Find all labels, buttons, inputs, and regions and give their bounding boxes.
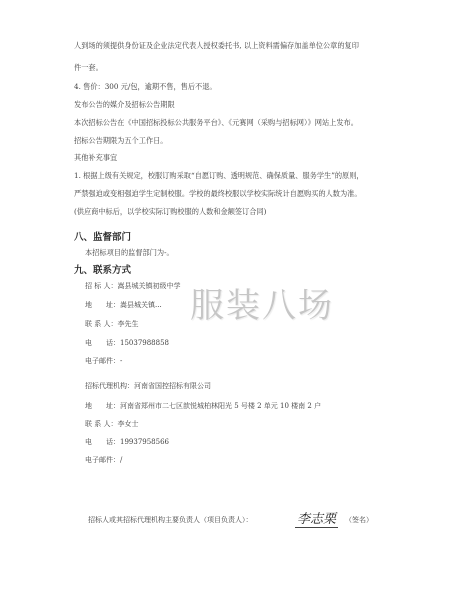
contact-row-agency: 招标代理机构：河南省国控招标有限公司 [85, 381, 211, 391]
section-heading-supervision: 八、监督部门 [74, 229, 131, 243]
contact-row-email: 电子邮件：- [85, 356, 122, 366]
contact-row-person: 联 系 人：李先生 [85, 319, 138, 329]
subsection-title: 其他补充事宜 [74, 153, 117, 162]
paragraph-line: 严禁强迫或变相强迫学生定制校服。学校的最终校服以学校实际统计自愿购买的人数为准。 [74, 189, 362, 198]
contact-row-agency-person: 联 系 人：李女士 [85, 419, 138, 429]
subsection-title: 发布公告的媒介及招标公告期限 [74, 100, 175, 109]
paragraph-line: (供应商中标后，以学校实际订购校服的人数和金额签订合同) [74, 207, 267, 216]
watermark: 服装八场 [190, 278, 334, 327]
signature-line-suffix: （签名） [345, 515, 373, 525]
paragraph-line: 件一套。 [74, 63, 103, 72]
paragraph-line: 招标公告期限为五个工作日。 [74, 136, 167, 145]
handwritten-signature: 李志栗 [295, 508, 338, 528]
paragraph-line: 本次招标公告在《中国招标投标公共服务平台》、《元赛网（采购与招标网）》网站上发布… [74, 118, 358, 127]
contact-row-tenderer: 招 标 人：嵩县城关镇初级中学 [85, 281, 180, 291]
signature-line-prefix: 招标人或其招标代理机构主要负责人（项目负责人）： [88, 515, 253, 525]
contact-row-agency-phone: 电 话：19937958566 [85, 437, 169, 447]
contact-row-agency-address: 地 址：河南省郑州市二七区歆悦城柏林阳光 5 号楼 2 单元 10 楼南 2 户 [85, 401, 321, 411]
paragraph-line: 1. 根据上级有关规定，校服订购采取“自愿订购、透明规范、确保质量、服务学生”的… [74, 171, 364, 180]
contact-row-agency-email: 电子邮件：/ [85, 455, 122, 465]
supervision-text: 本招标项目的监督部门为-。 [85, 248, 174, 257]
contact-row-phone: 电 话：15037988858 [85, 338, 169, 348]
price-line: 4. 售价：300 元/包，逾期不售，售后不退。 [74, 82, 217, 91]
contact-row-address: 地 址：嵩县城关镇... [85, 300, 162, 310]
section-heading-contact: 九、联系方式 [74, 262, 131, 276]
paragraph-line: 人到场的须提供身份证及企业法定代表人授权委托书, 以上资料需偏存加盖单位公章的复… [74, 41, 359, 50]
